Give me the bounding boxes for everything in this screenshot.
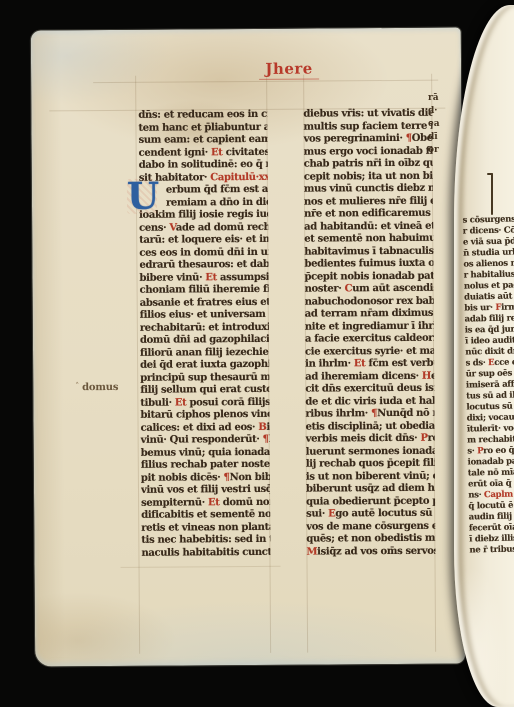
text-line: ea xyxy=(428,118,448,131)
text-line: vinū vos et filij vestri usq̄ in xyxy=(141,484,270,497)
text-line: cens· Vade ad domū rechabi xyxy=(139,221,268,234)
text-line: filius rechab pater noster p̄ce xyxy=(141,459,270,472)
text-line: ribus ih̄rl̄m· ¶Nunq̄d nō recipi xyxy=(305,408,434,421)
running-title: Jhere xyxy=(259,59,319,79)
text-line: cendent igni· Et civitates iuda xyxy=(139,146,268,159)
text-line: pit nobis dicēs· ¶Non bibetis xyxy=(141,471,270,484)
text-line: audin filij ion xyxy=(469,511,514,523)
text-line: bitarū ciphos plenos vino et xyxy=(140,409,269,422)
text-line: bemus vinū; quia ionadab xyxy=(141,446,270,459)
text-line: rā xyxy=(428,92,448,105)
text-line: sempiternū· Et domū non e xyxy=(141,496,270,509)
text-line: filij sellum qui erat custos ves xyxy=(140,384,269,397)
text-line: quia obedierunt p̄cepto pr̄is xyxy=(306,495,435,508)
manuscript-page: Jhere ˄domus dn̄s: et reducam eos in civ… xyxy=(31,28,465,667)
text-line: filios eius· et universam domū xyxy=(140,309,269,322)
text-line: sui· Ego autē locutus sū ad xyxy=(306,508,435,521)
text-line: principū sup thesaurū maasie xyxy=(140,371,269,384)
text-line: a facie exercitus caldeorz et a fa xyxy=(305,333,434,346)
text-line: dī xyxy=(428,131,448,144)
text-line: dn̄s: et reducam eos in civita xyxy=(138,109,267,122)
text-line: dei q̄d erat iuxta gazophilaciū xyxy=(140,359,269,372)
text-line: cit dn̄s exercituū deus isr̄l· Va xyxy=(305,383,434,396)
text-line: absanie et fratres eius et om̄s xyxy=(140,296,269,309)
text-line: quēs; et non obedistis michi· xyxy=(306,533,435,546)
text-line: calices: et dixi ad eos· Bibite xyxy=(141,421,270,434)
book-fore-edge: s cōsurgens dr dicens· Cōe viā sua p̄dn̄… xyxy=(449,0,514,707)
text-line: ad terram nr̄am diximus· Ve xyxy=(305,308,434,321)
text-line: etis disciplinā; ut obediatis xyxy=(306,420,435,433)
text-line: naculis habitabitis cunctis xyxy=(141,546,270,559)
text-line: bedientes fuimus iuxta oīa q̄ xyxy=(304,258,433,271)
intermediate-leaf-edge: rād·eadīor xyxy=(428,92,448,157)
text-line: lij rechab quos p̄cepit filijs su xyxy=(306,458,435,471)
text-line: mus vinū cunctis diebz nr̄is xyxy=(304,183,433,196)
text-line: Misiq̄z ad vos om̄s servos me xyxy=(306,545,435,558)
insertion-caret-mark: ˄ xyxy=(75,380,79,390)
text-line: dabo in solitudinē: eo q̄ non xyxy=(139,159,268,172)
text-line: choniam filiū iheremie filij xyxy=(140,284,269,297)
ruling-line xyxy=(121,566,281,568)
text-line: luerunt sermones ionadab fi xyxy=(306,445,435,458)
text-line: is ut non biberent vinū; et nō xyxy=(306,470,435,483)
text-line: nos et mulieres nr̄e filij et filie xyxy=(304,195,433,208)
text-line: in ih̄rl̄m· Et fc̄m est verbū dn̄i xyxy=(305,358,434,371)
text-line: et sementē non habuimus· sz xyxy=(304,233,433,246)
text-line: sum eam: et capient eam et in xyxy=(139,134,268,147)
text-line: noster· Cum aūt ascendisset xyxy=(305,283,434,296)
text-line: chab patris nr̄i in oībz que p̄ xyxy=(304,158,433,171)
text-line: ī diebz illis· Tr xyxy=(469,533,514,545)
text-line: diebus vr̄is: ut vivatis diebz xyxy=(303,108,432,121)
text-line: cepit nobis; ita ut non bibere xyxy=(304,170,433,183)
text-line: domū dn̄i ad gazophilacium xyxy=(140,334,269,347)
text-line: tis nec habebitis: sed in taber xyxy=(141,534,270,547)
text-column-right: diebus vr̄is: ut vivatis diebzmultis sup… xyxy=(303,108,435,559)
text-line: nr̄e et non edificaremus domos xyxy=(304,208,433,221)
text-line: de et dic viris iuda et habitato xyxy=(305,395,434,408)
text-line: cie exercitus syrie· et mansimus xyxy=(305,345,434,358)
text-line: tem hanc et p̄liabuntur adv̄ xyxy=(138,121,267,134)
penwork-ascender xyxy=(491,173,493,215)
text-line: nite et ingrediamur ī ih̄rl̄m· xyxy=(305,320,434,333)
text-line: verbis meis dicit dn̄s· Preva xyxy=(306,433,435,446)
text-line: tibuli· Et posui corā filijs recha xyxy=(140,396,269,409)
text-line: vos de mane cōsurgens et lo xyxy=(306,520,435,533)
text-line: edrarū thesauros: et dabis eis xyxy=(139,259,268,272)
text-line: rechabitarū: et introduxi eos ī xyxy=(140,321,269,334)
text-line: mus ergo voci ionadab filij re xyxy=(304,145,433,158)
text-line: ne r̄ tribus m xyxy=(469,544,514,556)
facing-page-text: s cōsurgens dr dicens· Cōe viā sua p̄dn̄… xyxy=(462,214,514,557)
photo-backdrop: Jhere ˄domus dn̄s: et reducam eos in civ… xyxy=(0,0,514,707)
text-line: p̄cepit nobis ionadab pater xyxy=(304,270,433,283)
text-line: d· xyxy=(428,105,448,118)
text-line: ad habitandū: et vineā et agrū xyxy=(304,220,433,233)
text-line: ces eos in domū dn̄i in unā ex xyxy=(139,246,268,259)
text-line: biberunt usq̄z ad diem hanc· xyxy=(306,483,435,496)
text-line: multis sup faciem terre ī qua xyxy=(303,120,432,133)
text-line: or xyxy=(428,144,448,157)
text-line: habitavimus ī tab̄naculis· et o xyxy=(304,245,433,258)
text-line: bibere vinū· Et assumpsi ie xyxy=(139,271,268,284)
text-line: vinū· Qui responderūt· ¶Non bi xyxy=(141,434,270,447)
facing-page-stack: s cōsurgens dr dicens· Cōe viā sua p̄dn̄… xyxy=(454,5,514,707)
illuminated-initial: U xyxy=(127,179,157,214)
marginal-note-text: domus xyxy=(82,382,118,393)
text-line: nabuchodonosor rex babilonis xyxy=(305,295,434,308)
text-line: ad iheremiam dicens· Hec di xyxy=(305,370,434,383)
text-line: filiorū anan filij iezechie hois xyxy=(140,346,269,359)
text-line: tarū: et loquere eis· et introdu xyxy=(139,234,268,247)
text-line: vos peregrinamini· ¶Obedivi xyxy=(304,133,433,146)
marginal-correction: ˄domus xyxy=(75,380,118,393)
text-line: retis et vineas non plantabi xyxy=(141,521,270,534)
text-line: dificabitis et sementē non se xyxy=(141,509,270,522)
text-line: fecerūt oīa q̄ xyxy=(469,522,514,534)
